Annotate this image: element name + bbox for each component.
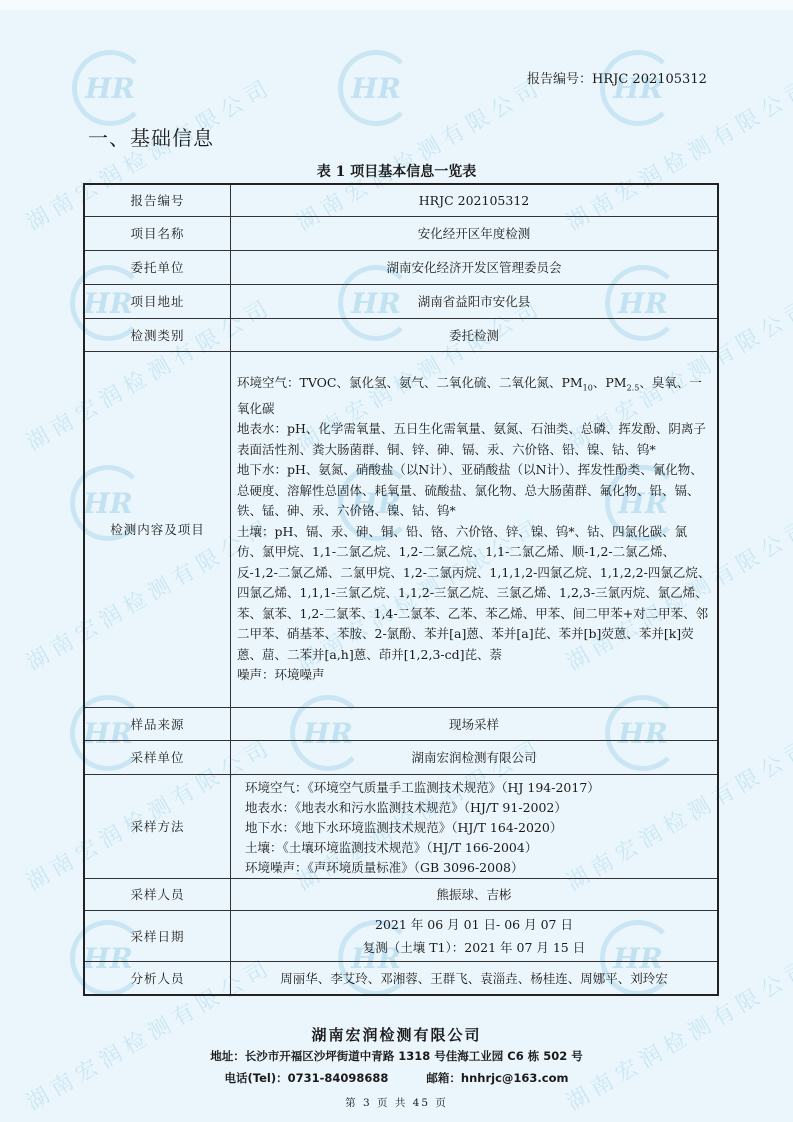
row-value: 湖南安化经济开发区管理委员会 bbox=[231, 250, 719, 284]
soil-items: 土壤：pH、镉、汞、砷、铜、铅、铬、六价铬、锌、镍、钨*、钴、四氯化碳、氯仿、氯… bbox=[237, 522, 711, 666]
date-line: 2021 年 06 月 01 日- 06 月 07 日 bbox=[231, 913, 717, 936]
watermark-logo-icon: HR bbox=[600, 50, 676, 126]
date-line: 复测（土壤 T1）：2021 年 07 月 15 日 bbox=[231, 936, 717, 959]
report-number-label: 报告编号： bbox=[527, 72, 592, 87]
table-row: 项目地址 湖南省益阳市安化县 bbox=[84, 284, 718, 318]
test-items-cell: 环境空气：TVOC、氯化氢、氨气、二氧化硫、二氧化氮、PM10、PM2.5、臭氧… bbox=[231, 351, 719, 707]
page-number: 第 3 页 共 45 页 bbox=[0, 1095, 793, 1110]
row-label: 采样人员 bbox=[84, 878, 231, 910]
row-label: 样品来源 bbox=[84, 707, 231, 740]
row-value: 湖南宏润检测有限公司 bbox=[231, 740, 719, 774]
sampling-dates-cell: 2021 年 06 月 01 日- 06 月 07 日 复测（土壤 T1）：20… bbox=[231, 910, 719, 961]
row-label: 报告编号 bbox=[84, 184, 231, 216]
row-value: 湖南省益阳市安化县 bbox=[231, 284, 719, 318]
row-label: 采样日期 bbox=[84, 910, 231, 961]
table-row: 采样日期 2021 年 06 月 01 日- 06 月 07 日 复测（土壤 T… bbox=[84, 910, 718, 961]
surface-water-items: 地表水：pH、化学需氧量、五日生化需氧量、氨氮、石油类、总磷、挥发酚、阴离子表面… bbox=[237, 419, 711, 460]
row-label: 委托单位 bbox=[84, 250, 231, 284]
method-line: 地表水：《地表水和污水监测技术规范》（HJ/T 91-2002） bbox=[245, 798, 707, 818]
watermark-logo-icon: HR bbox=[338, 50, 414, 126]
row-label: 检测内容及项目 bbox=[84, 351, 231, 707]
section-title: 一、基础信息 bbox=[88, 122, 214, 151]
row-value: 委托检测 bbox=[231, 318, 719, 351]
table-row: 样品来源 现场采样 bbox=[84, 707, 718, 740]
table-row: 委托单位 湖南安化经济开发区管理委员会 bbox=[84, 250, 718, 284]
method-line: 地下水：《地下水环境监测技术规范》（HJ/T 164-2020） bbox=[245, 818, 707, 838]
row-value: HRJC 202105312 bbox=[231, 184, 719, 216]
table-row: 采样单位 湖南宏润检测有限公司 bbox=[84, 740, 718, 774]
report-number-value: HRJC 202105312 bbox=[592, 72, 707, 87]
row-label: 采样单位 bbox=[84, 740, 231, 774]
watermark-logo-icon: HR bbox=[72, 50, 148, 126]
report-number-header: 报告编号：HRJC 202105312 bbox=[527, 68, 707, 87]
table-row: 检测内容及项目 环境空气：TVOC、氯化氢、氨气、二氧化硫、二氧化氮、PM10、… bbox=[84, 351, 718, 707]
table-row: 报告编号 HRJC 202105312 bbox=[84, 184, 718, 216]
footer-phone: 电话(Tel)：0731-84098688 bbox=[225, 1071, 389, 1085]
row-label: 分析人员 bbox=[84, 961, 231, 995]
method-line: 环境空气：《环境空气质量手工监测技术规范》（HJ 194-2017） bbox=[245, 778, 707, 798]
row-label: 检测类别 bbox=[84, 318, 231, 351]
noise-items: 噪声：环境噪声 bbox=[237, 665, 711, 686]
table-row: 项目名称 安化经开区年度检测 bbox=[84, 216, 718, 250]
footer-address: 地址：长沙市开福区沙坪街道中青路 1318 号佳海工业园 C6 栋 502 号 bbox=[0, 1048, 793, 1064]
table-caption: 表 1 项目基本信息一览表 bbox=[0, 161, 793, 181]
method-line: 土壤：《土壤环境监测技术规范》（HJ/T 166-2004） bbox=[245, 838, 707, 858]
sampling-methods-cell: 环境空气：《环境空气质量手工监测技术规范》（HJ 194-2017） 地表水：《… bbox=[231, 774, 719, 878]
row-value: 熊振球、吉彬 bbox=[231, 878, 719, 910]
row-label: 采样方法 bbox=[84, 774, 231, 878]
row-value: 现场采样 bbox=[231, 707, 719, 740]
footer-contact: 电话(Tel)：0731-84098688邮箱：hnhrjc@163.com bbox=[0, 1070, 793, 1086]
air-items: 环境空气：TVOC、氯化氢、氨气、二氧化硫、二氧化氮、PM10、PM2.5、臭氧… bbox=[237, 373, 711, 420]
footer-email: 邮箱：hnhrjc@163.com bbox=[426, 1071, 568, 1085]
method-line: 环境噪声：《声环境质量标准》（GB 3096-2008） bbox=[245, 858, 707, 878]
footer-company: 湖南宏润检测有限公司 bbox=[0, 1024, 793, 1045]
page-top-band bbox=[0, 0, 793, 10]
row-value: 安化经开区年度检测 bbox=[231, 216, 719, 250]
row-value: 周丽华、李艾玲、邓湘蓉、王群飞、袁淄垚、杨桂连、周娜平、刘玲宏 bbox=[231, 961, 719, 995]
row-label: 项目名称 bbox=[84, 216, 231, 250]
table-row: 检测类别 委托检测 bbox=[84, 318, 718, 351]
project-info-table: 报告编号 HRJC 202105312 项目名称 安化经开区年度检测 委托单位 … bbox=[83, 183, 719, 996]
groundwater-items: 地下水：pH、氨氮、硝酸盐（以N计）、亚硝酸盐（以N计）、挥发性酚类、氰化物、总… bbox=[237, 460, 711, 522]
table-row: 分析人员 周丽华、李艾玲、邓湘蓉、王群飞、袁淄垚、杨桂连、周娜平、刘玲宏 bbox=[84, 961, 718, 995]
table-row: 采样人员 熊振球、吉彬 bbox=[84, 878, 718, 910]
row-label: 项目地址 bbox=[84, 284, 231, 318]
table-row: 采样方法 环境空气：《环境空气质量手工监测技术规范》（HJ 194-2017） … bbox=[84, 774, 718, 878]
